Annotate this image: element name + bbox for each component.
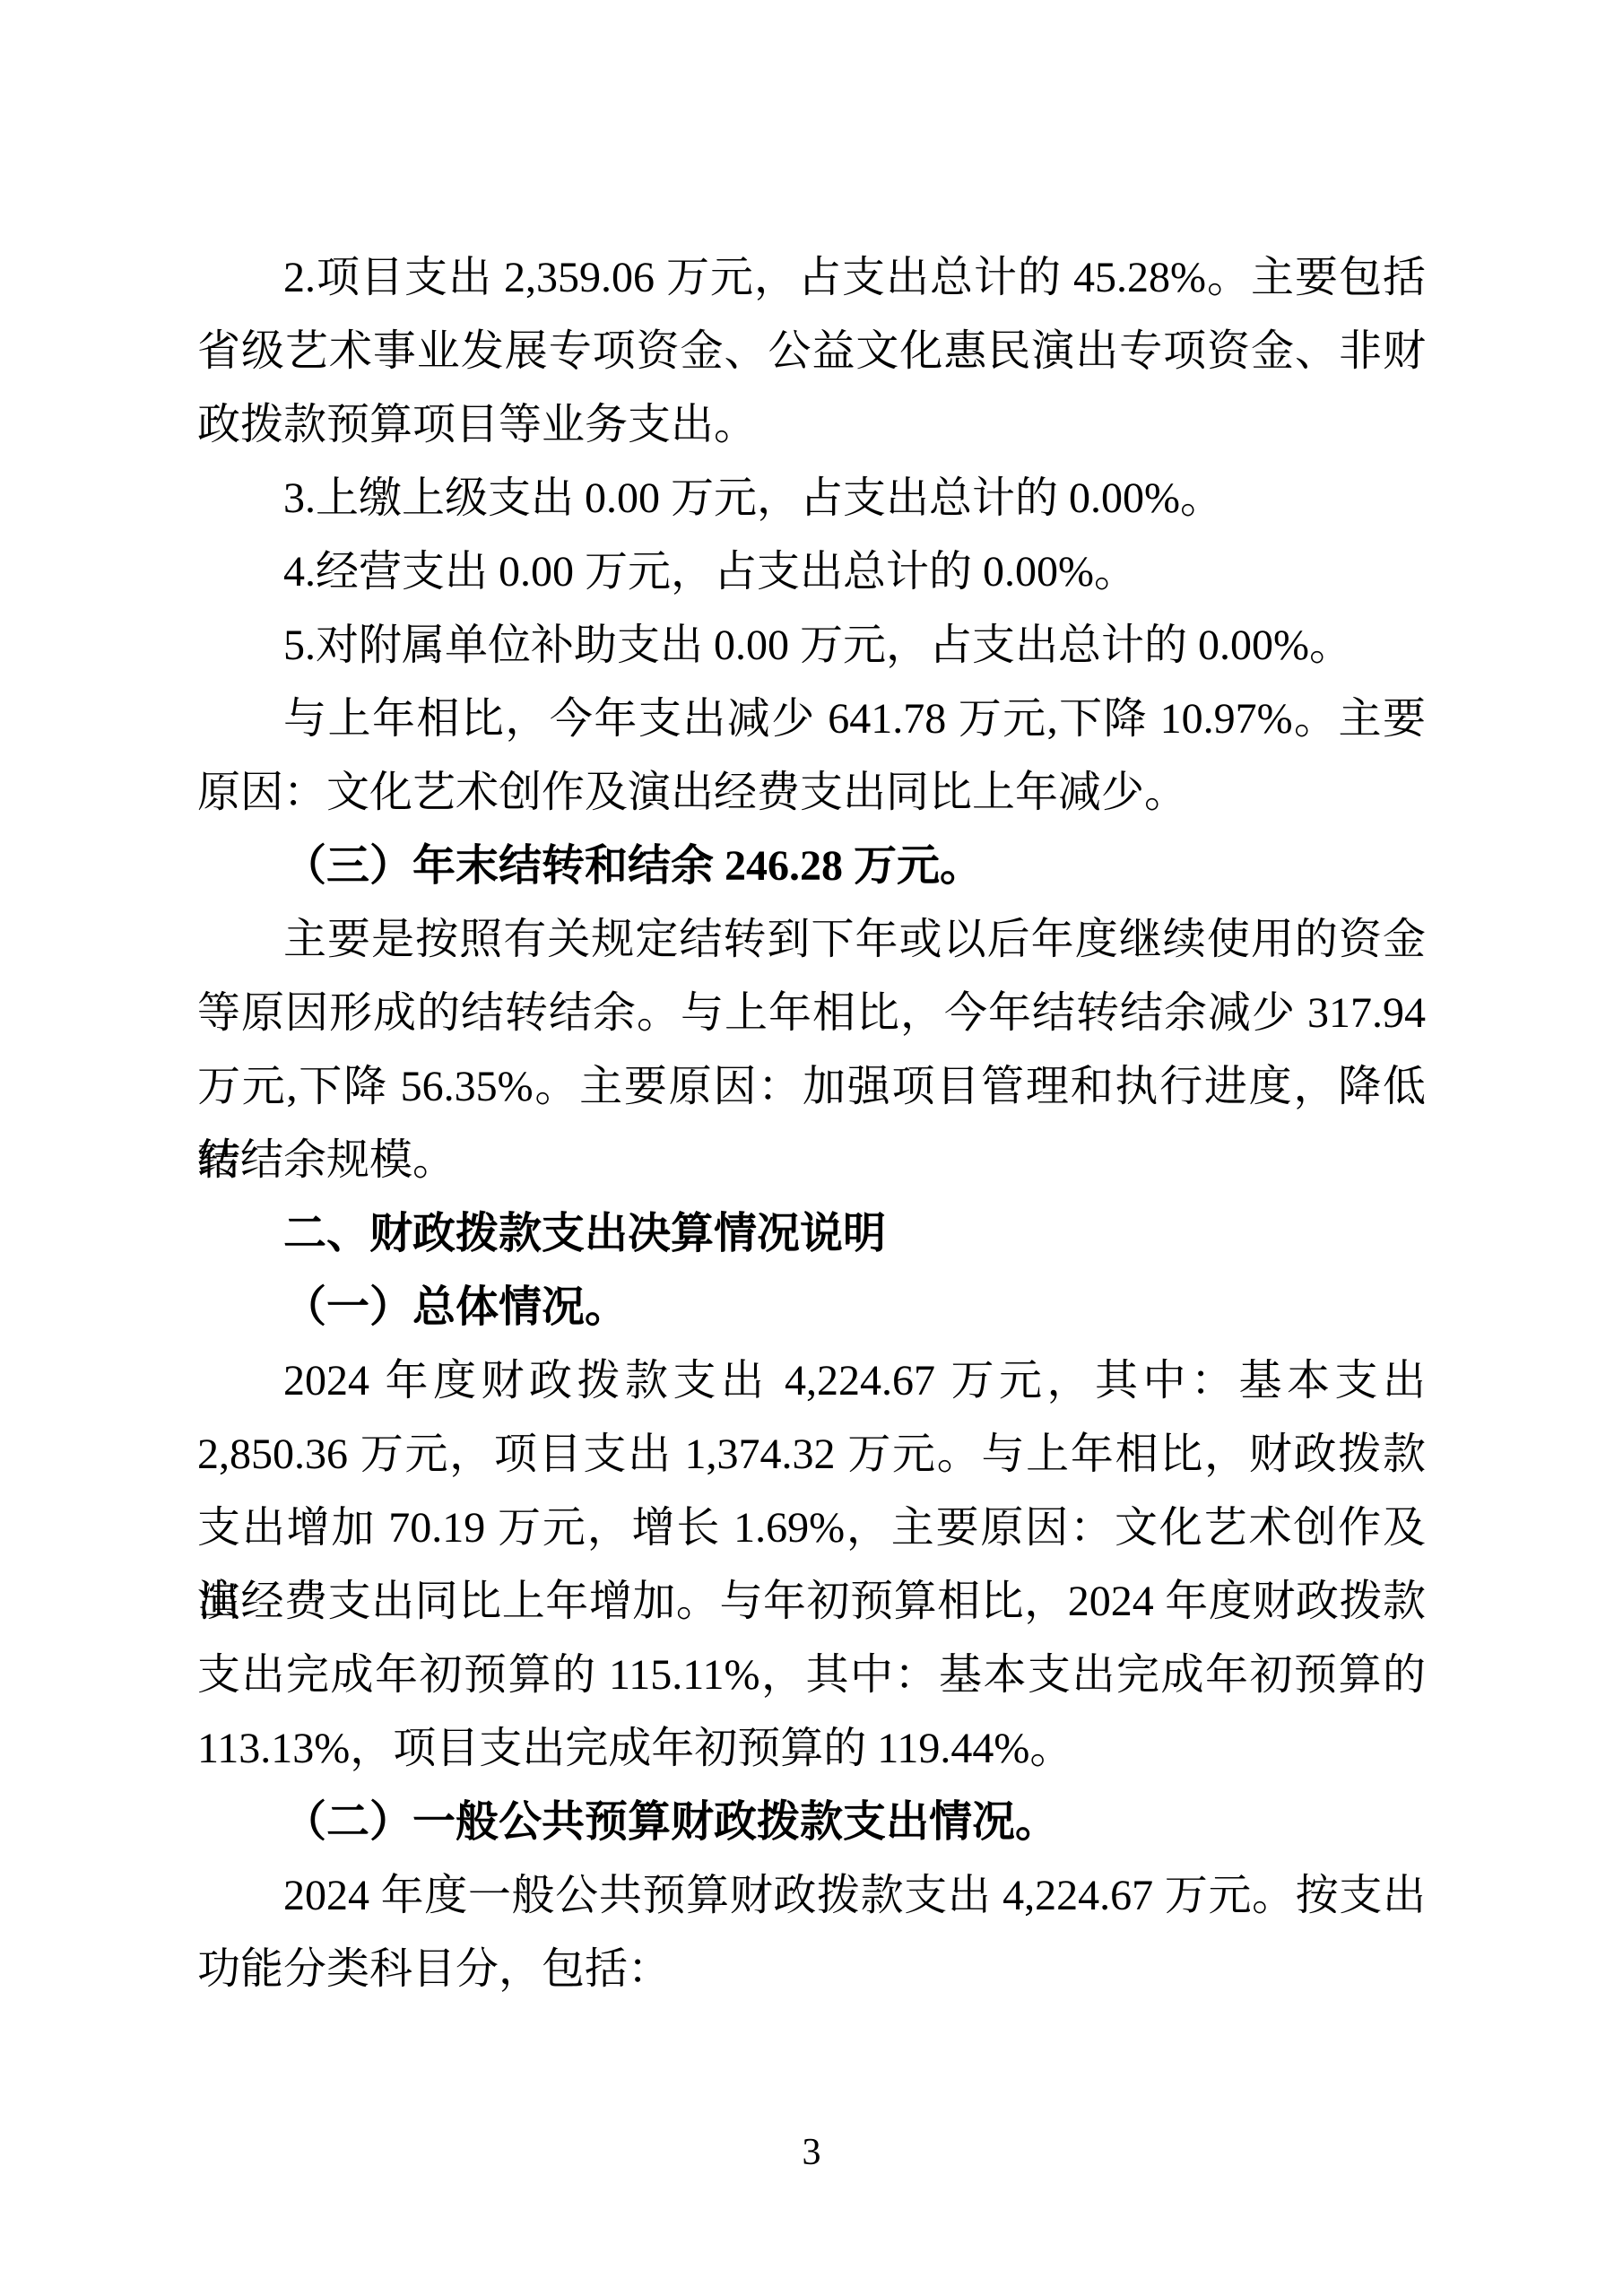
text-line: 支出增加 70.19 万元，增长 1.69%，主要原因：文化艺术创作及演 bbox=[197, 1492, 1426, 1565]
text-line: 113.13%，项目支出完成年初预算的 119.44%。 bbox=[197, 1712, 1426, 1786]
document-page: 2.项目支出 2,359.06 万元，占支出总计的 45.28%。主要包括 省级… bbox=[0, 0, 1623, 2296]
text-line: 等原因形成的结转结余。与上年相比，今年结转结余减少 317.94 bbox=[197, 977, 1426, 1050]
text-line: 转结余规模。 bbox=[197, 1124, 1426, 1197]
text-line: 政拨款预算项目等业务支出。 bbox=[197, 388, 1426, 462]
text-line: 2.项目支出 2,359.06 万元，占支出总计的 45.28%。主要包括 bbox=[197, 241, 1426, 315]
text-line: 主要是按照有关规定结转到下年或以后年度继续使用的资金 bbox=[197, 903, 1426, 977]
subsection-heading: （二）一般公共预算财政拨款支出情况。 bbox=[197, 1786, 1426, 1859]
text-line: 4.经营支出 0.00 万元，占支出总计的 0.00%。 bbox=[197, 535, 1426, 609]
text-line: 出经费支出同比上年增加。与年初预算相比，2024 年度财政拨款 bbox=[197, 1565, 1426, 1639]
section-heading: 二、财政拨款支出决算情况说明 bbox=[197, 1197, 1426, 1271]
text-line: 2,850.36 万元，项目支出 1,374.32 万元。与上年相比，财政拨款 bbox=[197, 1418, 1426, 1492]
text-line: 省级艺术事业发展专项资金、公益文化惠民演出专项资金、非财 bbox=[197, 315, 1426, 388]
subsection-heading: （一）总体情况。 bbox=[197, 1271, 1426, 1344]
text-line: 原因：文化艺术创作及演出经费支出同比上年减少。 bbox=[197, 756, 1426, 830]
text-line: 与上年相比，今年支出减少 641.78 万元,下降 10.97%。主要 bbox=[197, 683, 1426, 756]
text-line: 3.上缴上级支出 0.00 万元，占支出总计的 0.00%。 bbox=[197, 462, 1426, 535]
text-line: 5.对附属单位补助支出 0.00 万元，占支出总计的 0.00%。 bbox=[197, 609, 1426, 683]
page-number: 3 bbox=[0, 2129, 1623, 2176]
text-line: 万元,下降 56.35%。主要原因：加强项目管理和执行进度，降低结 bbox=[197, 1050, 1426, 1124]
text-line: 2024 年度财政拨款支出 4,224.67 万元，其中：基本支出 bbox=[197, 1344, 1426, 1418]
subsection-heading: （三）年末结转和结余 246.28 万元。 bbox=[197, 830, 1426, 903]
text-line: 2024 年度一般公共预算财政拨款支出 4,224.67 万元。按支出 bbox=[197, 1859, 1426, 1933]
report-body: 2.项目支出 2,359.06 万元，占支出总计的 45.28%。主要包括 省级… bbox=[197, 241, 1426, 2006]
text-line: 支出完成年初预算的 115.11%，其中：基本支出完成年初预算的 bbox=[197, 1639, 1426, 1712]
text-line: 功能分类科目分，包括： bbox=[197, 1933, 1426, 2006]
